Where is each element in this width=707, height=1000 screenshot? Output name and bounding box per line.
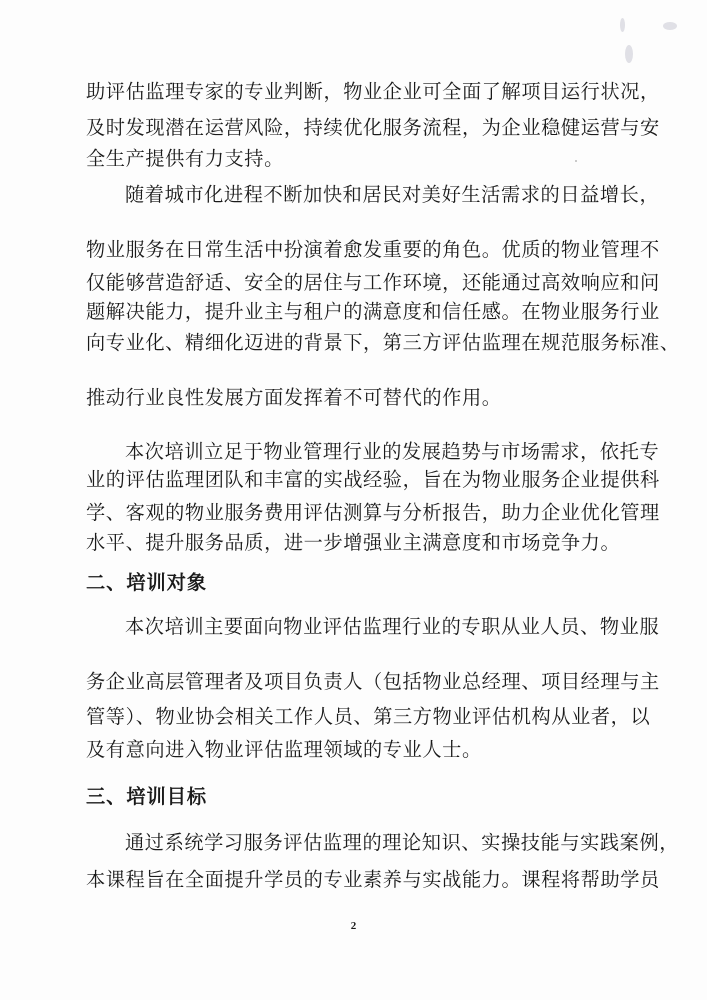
body-text-line: 本次培训主要面向物业评估监理行业的专职从业人员、物业服	[125, 615, 665, 639]
scan-smudge	[620, 18, 625, 32]
body-text-line: 及时发现潜在运营风险，持续优化服务流程，为企业稳健运营与安	[86, 116, 626, 140]
page-number: 2	[0, 920, 707, 932]
body-text-line: 学、客观的物业服务费用评估测算与分析报告，助力企业优化管理	[86, 501, 626, 525]
section-heading-training-audience: 二、培训对象	[86, 571, 626, 595]
body-text-line: 本次培训立足于物业管理行业的发展趋势与市场需求，依托专	[125, 440, 665, 464]
body-text-line: 助评估监理专家的专业判断，物业企业可全面了解项目运行状况，	[86, 80, 626, 104]
body-text-line: 通过系统学习服务评估监理的理论知识、实操技能与实践案例，	[125, 831, 665, 855]
scan-smudge	[625, 45, 633, 63]
document-page: 助评估监理专家的专业判断，物业企业可全面了解项目运行状况， 及时发现潜在运营风险…	[0, 0, 707, 1000]
scan-smudge	[663, 22, 677, 30]
body-text-line: 本课程旨在全面提升学员的专业素养与实战能力。课程将帮助学员	[86, 868, 626, 892]
section-heading-training-goals: 三、培训目标	[86, 785, 626, 809]
body-text-line: 向专业化、精细化迈进的背景下，第三方评估监理在规范服务标准、	[86, 331, 626, 355]
body-text-line: 水平、提升服务品质，进一步增强业主满意度和市场竞争力。	[86, 531, 626, 555]
body-text-line: 随着城市化进程不断加快和居民对美好生活需求的日益增长，	[125, 183, 665, 207]
body-text-line: 推动行业良性发展方面发挥着不可替代的作用。	[86, 386, 626, 410]
body-text-line: 管等）、物业协会相关工作人员、第三方物业评估机构从业者，以	[86, 705, 626, 729]
body-text-line: 题解决能力，提升业主与租户的满意度和信任感。在物业服务行业	[86, 300, 626, 324]
body-text-line: 及有意向进入物业评估监理领域的专业人士。	[86, 738, 626, 762]
body-text-line: 业的评估监理团队和丰富的实战经验，旨在为物业服务企业提供科	[86, 468, 626, 492]
body-text-line: 仅能够营造舒适、安全的居住与工作环境，还能通过高效响应和问	[86, 271, 626, 295]
body-text-line: 务企业高层管理者及项目负责人（包括物业总经理、项目经理与主	[86, 670, 626, 694]
body-text-line: 全生产提供有力支持。	[86, 147, 626, 171]
body-text-line: 物业服务在日常生活中扮演着愈发重要的角色。优质的物业管理不	[86, 238, 626, 262]
